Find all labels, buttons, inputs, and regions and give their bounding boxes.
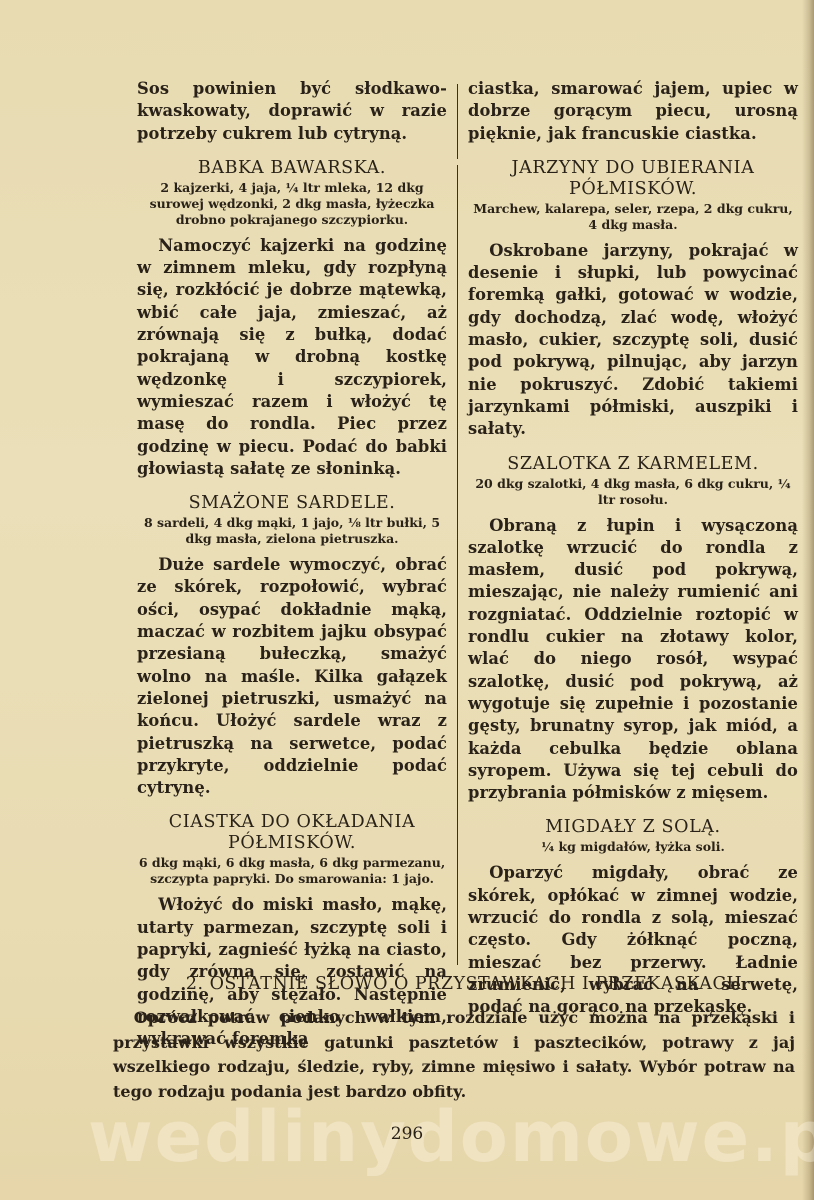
column-divider: [457, 165, 458, 965]
recipe-ingredients: 6 dkg mąki, 6 dkg masła, 6 dkg parmezanu…: [137, 855, 447, 887]
recipe-ingredients: 8 sardeli, 4 dkg mąki, 1 jajo, ⅛ ltr buł…: [137, 515, 447, 547]
recipe-title: CIASTKA DO OKŁADANIA PÓŁMISKÓW.: [137, 812, 447, 854]
recipe-title: JARZYNY DO UBIERANIA PÓŁMISKÓW.: [468, 158, 798, 200]
page-edge-shadow: [802, 0, 814, 1200]
left-column: Sos powinien być słodkawo-kwaskowaty, do…: [137, 78, 447, 1051]
recipe-ingredients: 20 dkg szalotki, 4 dkg masła, 6 dkg cukr…: [468, 476, 798, 508]
recipe-title: SMAŻONE SARDELE.: [137, 493, 447, 514]
continuation-text: Sos powinien być słodkawo-kwaskowaty, do…: [137, 78, 447, 145]
recipe-title: BABKA BAWARSKA.: [137, 158, 447, 179]
section-title: 2. OSTATNIE SŁOWO O PRZYSTAWKACH I PRZEK…: [137, 974, 797, 994]
recipe-title: MIGDAŁY Z SOLĄ.: [468, 817, 798, 838]
recipe-text: Namoczyć kajzerki na godzinę w zimnem ml…: [137, 235, 447, 480]
recipe-title: SZALOTKA Z KARMELEM.: [468, 454, 798, 475]
recipe-ingredients: 2 kajzerki, 4 jaja, ¼ ltr mleka, 12 dkg …: [137, 180, 447, 228]
continuation-text: ciastka, smarować jajem, upiec w dobrze …: [468, 78, 798, 145]
page-number: 296: [0, 1124, 814, 1144]
recipe-text: Oskrobane jarzyny, pokrajać w desenie i …: [468, 240, 798, 441]
recipe-jarzyny: JARZYNY DO UBIERANIA PÓŁMISKÓW. Marchew,…: [468, 158, 798, 441]
recipe-szalotka-z-karmelem: SZALOTKA Z KARMELEM. 20 dkg szalotki, 4 …: [468, 454, 798, 805]
section-text: Oprócz potraw podanych w tym rozdziale u…: [113, 1006, 795, 1104]
recipe-text: Obraną z łupin i wysączoną szalotkę wrzu…: [468, 515, 798, 805]
recipe-babka-bawarska: BABKA BAWARSKA. 2 kajzerki, 4 jaja, ¼ lt…: [137, 158, 447, 480]
recipe-smazone-sardele: SMAŻONE SARDELE. 8 sardeli, 4 dkg mąki, …: [137, 493, 447, 799]
recipe-text: Duże sardele wymoczyć, obrać ze skórek, …: [137, 554, 447, 799]
recipe-ingredients: Marchew, kalarepa, seler, rzepa, 2 dkg c…: [468, 201, 798, 233]
recipe-text: Oparzyć migdały, obrać ze skórek, opłóka…: [468, 862, 798, 1018]
right-column: ciastka, smarować jajem, upiec w dobrze …: [468, 78, 798, 1019]
recipe-ingredients: ¼ kg migdałów, łyżka soli.: [468, 839, 798, 855]
column-divider: [457, 84, 458, 159]
